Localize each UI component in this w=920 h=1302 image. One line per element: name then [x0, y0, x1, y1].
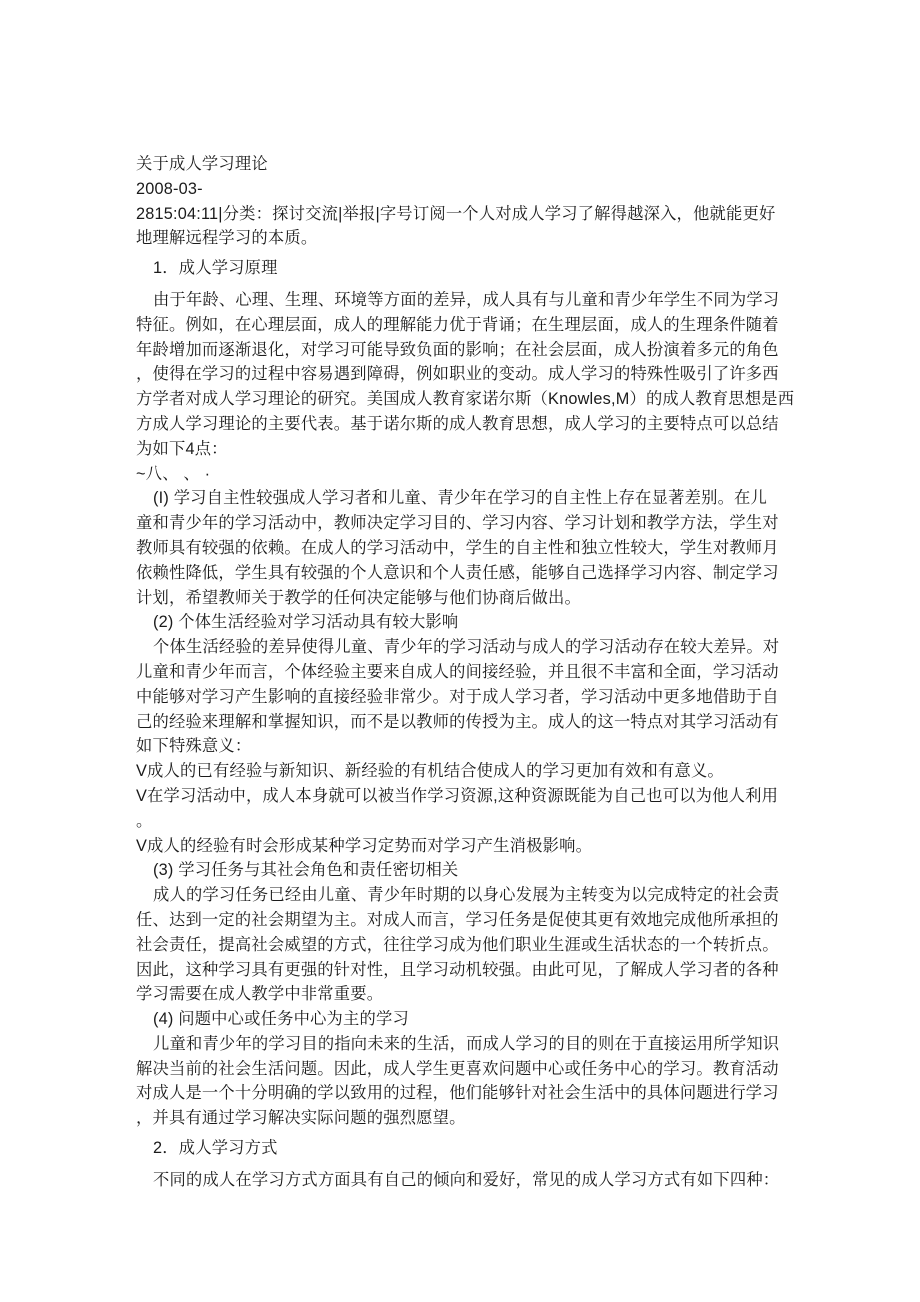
meta-line: 2815:04:11|分类：探讨交流|举报|字号订阅一个人对成人学习了解得越深入…	[136, 202, 790, 227]
text-line: 教师具有较强的依赖。在成人的学习活动中，学生的自主性和独立性较大，学生对教师月	[136, 536, 790, 561]
meta-line: 地理解远程学习的本质。	[136, 226, 790, 251]
text-line: 为如下4点：	[136, 437, 790, 462]
text-line: 童和青少年的学习活动中，教师决定学习目的、学习内容、学习计划和教学方法，学生对	[136, 511, 790, 536]
document-page: 关于成人学习理论2008-03-2815:04:11|分类：探讨交流|举报|字号…	[0, 0, 920, 1302]
text-line: 因此，这种学习具有更强的针对性，且学习动机较强。由此可见，了解成人学习者的各种	[136, 958, 790, 983]
text-line: 中能够对学习产生影响的直接经验非常少。对于成人学习者，学习活动中更多地借助于自	[136, 685, 790, 710]
text-line: 儿童和青少年的学习目的指向未来的生活，而成人学习的目的则在于直接运用所学知识	[136, 1032, 790, 1057]
text-line: 任、达到一定的社会期望为主。对成人而言，学习任务是促使其更有效地完成他所承担的	[136, 908, 790, 933]
text-line: 个体生活经验的差异使得儿童、青少年的学习活动与成人的学习活动存在较大差异。对	[136, 635, 790, 660]
text-line: 。	[136, 809, 790, 834]
text-line: 儿童和青少年而言，个体经验主要来自成人的间接经验，并且很不丰富和全面，学习活动	[136, 660, 790, 685]
text-line: 由于年龄、心理、生理、环境等方面的差异，成人具有与儿童和青少年学生不同为学习	[136, 288, 790, 313]
text-line: 依赖性降低，学生具有较强的个人意识和个人责任感，能够自己选择学习内容、制定学习	[136, 561, 790, 586]
text-line: 成人的学习任务已经由儿童、青少年时期的以身心发展为主转变为以完成特定的社会责	[136, 883, 790, 908]
section-heading: 1．成人学习原理	[136, 256, 790, 281]
section-heading: 2．成人学习方式	[136, 1136, 790, 1161]
text-line: 计划，希望教师关于教学的任何决定能够与他们协商后做出。	[136, 586, 790, 611]
document-title: 关于成人学习理论	[136, 152, 790, 177]
text-line: 方成人学习理论的主要代表。基于诺尔斯的成人教育思想，成人学习的主要特点可以总结	[136, 412, 790, 437]
subsection-heading: (3) 学习任务与其社会角色和责任密切相关	[136, 858, 790, 883]
text-line: 不同的成人在学习方式方面具有自己的倾向和爱好，常见的成人学习方式有如下四种：	[136, 1168, 790, 1193]
subsection-heading-paragraph: (I) 学习自主性较强成人学习者和儿童、青少年在学习的自主性上存在显著差别。在儿	[136, 486, 790, 511]
text-line: ，使得在学习的过程中容易遇到障碍，例如职业的变动。成人学习的特殊性吸引了许多西	[136, 362, 790, 387]
subsection-heading: (2) 个体生活经验对学习活动具有较大影响	[136, 610, 790, 635]
text-line: 如下特殊意义：	[136, 734, 790, 759]
subsection-heading: (4) 问题中心或任务中心为主的学习	[136, 1007, 790, 1032]
text-line: ，并具有通过学习解决实际问题的强烈愿望。	[136, 1106, 790, 1131]
text-line: 己的经验来理解和掌握知识，而不是以教师的传授为主。成人的这一特点对其学习活动有	[136, 710, 790, 735]
text-line: 对成人是一个十分明确的学以致用的过程，他们能够针对社会生活中的具体问题进行学习	[136, 1081, 790, 1106]
text-line: 特征。例如，在心理层面，成人的理解能力优于背诵；在生理层面，成人的生理条件随着	[136, 313, 790, 338]
document-body: 关于成人学习理论2008-03-2815:04:11|分类：探讨交流|举报|字号…	[136, 152, 790, 1193]
bullet-line: V在学习活动中，成人本身就可以被当作学习资源,这种资源既能为自己也可以为他人利用	[136, 784, 790, 809]
text-line: 学习需要在成人教学中非常重要。	[136, 982, 790, 1007]
text-line: 解决当前的社会生活问题。因此，成人学生更喜欢问题中心或任务中心的学习。教育活动	[136, 1057, 790, 1082]
stray-text-line: ~八、 、 ·	[136, 462, 790, 487]
date-line: 2008-03-	[136, 177, 790, 202]
bullet-line: V成人的已有经验与新知识、新经验的有机结合使成人的学习更加有效和有意义。	[136, 759, 790, 784]
text-line: 年龄增加而逐渐退化，对学习可能导致负面的影响；在社会层面，成人扮演着多元的角色	[136, 338, 790, 363]
text-line: 方学者对成人学习理论的研究。美国成人教育家诺尔斯（Knowles,M）的成人教育…	[136, 387, 790, 412]
bullet-line: V成人的经验有时会形成某种学习定势而对学习产生消极影响。	[136, 834, 790, 859]
text-line: 社会责任，提高社会威望的方式，往往学习成为他们职业生涯或生活状态的一个转折点。	[136, 933, 790, 958]
